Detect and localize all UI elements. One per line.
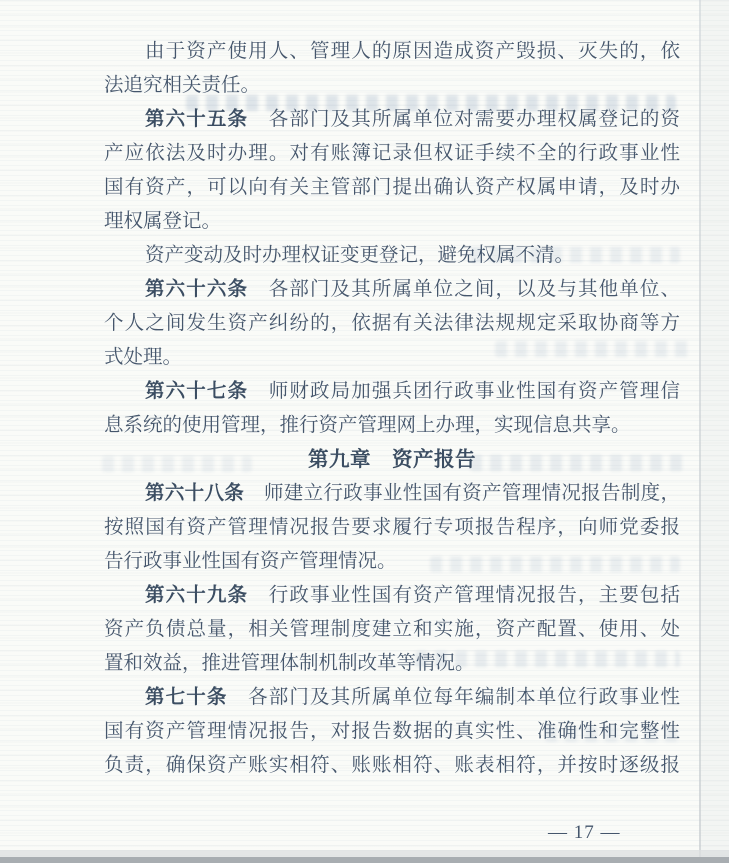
text-line: 式处理。 bbox=[104, 341, 680, 375]
body-text: 各部门及其所属单位之间，以及与其他单位、 bbox=[248, 279, 680, 300]
text-line: 资产负债总量，相关管理制度建立和实施，资产配置、使用、处 bbox=[104, 613, 680, 647]
body-text: 产应依法及时办理。对有账簿记录但权证手续不全的行政事业性 bbox=[104, 143, 680, 164]
body-text: 由于资产使用人、管理人的原因造成资产毁损、灭失的，依 bbox=[145, 41, 680, 62]
body-text: 式处理。 bbox=[104, 347, 182, 368]
text-line: 第六十五条 各部门及其所属单位对需要办理权属登记的资 bbox=[104, 103, 680, 137]
body-text: 息系统的使用管理，推行资产管理网上办理，实现信息共享。 bbox=[104, 415, 631, 436]
scanned-document-page: 由于资产使用人、管理人的原因造成资产毁损、灭失的，依法追究相关责任。第六十五条 … bbox=[0, 0, 729, 863]
text-line: 第七十条 各部门及其所属单位每年编制本单位行政事业性 bbox=[104, 681, 680, 715]
body-text: 师建立行政事业性国有资产管理情况报告制度， bbox=[244, 483, 680, 504]
text-line: 个人之间发生资产纠纷的，依据有关法律法规规定采取协商等方 bbox=[104, 307, 680, 341]
body-text: 理权属登记。 bbox=[104, 211, 221, 232]
text-line: 由于资产使用人、管理人的原因造成资产毁损、灭失的，依 bbox=[104, 35, 680, 69]
text-line: 置和效益，推进管理体制机制改革等情况。 bbox=[104, 647, 680, 681]
page-edge-bottom bbox=[0, 857, 729, 863]
text-line: 第六十八条 师建立行政事业性国有资产管理情况报告制度， bbox=[104, 477, 680, 511]
body-text: 各部门及其所属单位每年编制本单位行政事业性 bbox=[227, 687, 680, 708]
text-lines: 由于资产使用人、管理人的原因造成资产毁损、灭失的，依法追究相关责任。第六十五条 … bbox=[104, 35, 680, 783]
article-number: 第六十七条 bbox=[145, 381, 248, 402]
text-line: 第六十六条 各部门及其所属单位之间，以及与其他单位、 bbox=[104, 273, 680, 307]
body-text: 告行政事业性国有资产管理情况。 bbox=[104, 551, 397, 572]
body-text: 法追究相关责任。 bbox=[104, 75, 260, 96]
article-number: 第六十八条 bbox=[145, 483, 244, 504]
text-line: 第六十九条 行政事业性国有资产管理情况报告，主要包括 bbox=[104, 579, 680, 613]
text-line: 按照国有资产管理情况报告要求履行专项报告程序，向师党委报 bbox=[104, 511, 680, 545]
body-text: 国有资产管理情况报告，对报告数据的真实性、准确性和完整性 bbox=[104, 721, 680, 742]
body-text: 置和效益，推进管理体制机制改革等情况。 bbox=[104, 653, 475, 674]
page-number: — 17 — bbox=[548, 822, 621, 844]
text-line: 理权属登记。 bbox=[104, 205, 680, 239]
text-line: 国有资产管理情况报告，对报告数据的真实性、准确性和完整性 bbox=[104, 715, 680, 749]
text-line: 告行政事业性国有资产管理情况。 bbox=[104, 545, 680, 579]
body-text: 行政事业性国有资产管理情况报告，主要包括 bbox=[248, 585, 680, 606]
article-number: 第六十五条 bbox=[145, 109, 248, 130]
text-line: 第六十七条 师财政局加强兵团行政事业性国有资产管理信 bbox=[104, 375, 680, 409]
article-number: 第六十九条 bbox=[145, 585, 248, 606]
body-text: 资产负债总量，相关管理制度建立和实施，资产配置、使用、处 bbox=[104, 619, 680, 640]
article-number: 第九章 资产报告 bbox=[308, 449, 476, 471]
body-text: 国有资产，可以向有关主管部门提出确认资产权属申请，及时办 bbox=[104, 177, 680, 198]
chapter-heading: 第九章 资产报告 bbox=[104, 443, 680, 477]
text-line: 息系统的使用管理，推行资产管理网上办理，实现信息共享。 bbox=[104, 409, 680, 443]
body-text: 负责，确保资产账实相符、账账相符、账表相符，并按时逐级报 bbox=[104, 755, 680, 776]
text-line: 产应依法及时办理。对有账簿记录但权证手续不全的行政事业性 bbox=[104, 137, 680, 171]
page-edge-shadow bbox=[0, 850, 729, 857]
article-number: 第七十条 bbox=[145, 687, 227, 708]
body-text: 资产变动及时办理权证变更登记，避免权属不清。 bbox=[145, 245, 574, 266]
body-text: 按照国有资产管理情况报告要求履行专项报告程序，向师党委报 bbox=[104, 517, 680, 538]
body-text: 各部门及其所属单位对需要办理权属登记的资 bbox=[248, 109, 680, 130]
body-text: 个人之间发生资产纠纷的，依据有关法律法规规定采取协商等方 bbox=[104, 313, 680, 334]
text-line: 资产变动及时办理权证变更登记，避免权属不清。 bbox=[104, 239, 680, 273]
text-line: 国有资产，可以向有关主管部门提出确认资产权属申请，及时办 bbox=[104, 171, 680, 205]
body-text: 师财政局加强兵团行政事业性国有资产管理信 bbox=[248, 381, 680, 402]
text-line: 负责，确保资产账实相符、账账相符、账表相符，并按时逐级报 bbox=[104, 749, 680, 783]
page-edge-right-strip bbox=[701, 0, 729, 863]
text-line: 法追究相关责任。 bbox=[104, 69, 680, 103]
article-number: 第六十六条 bbox=[145, 279, 248, 300]
